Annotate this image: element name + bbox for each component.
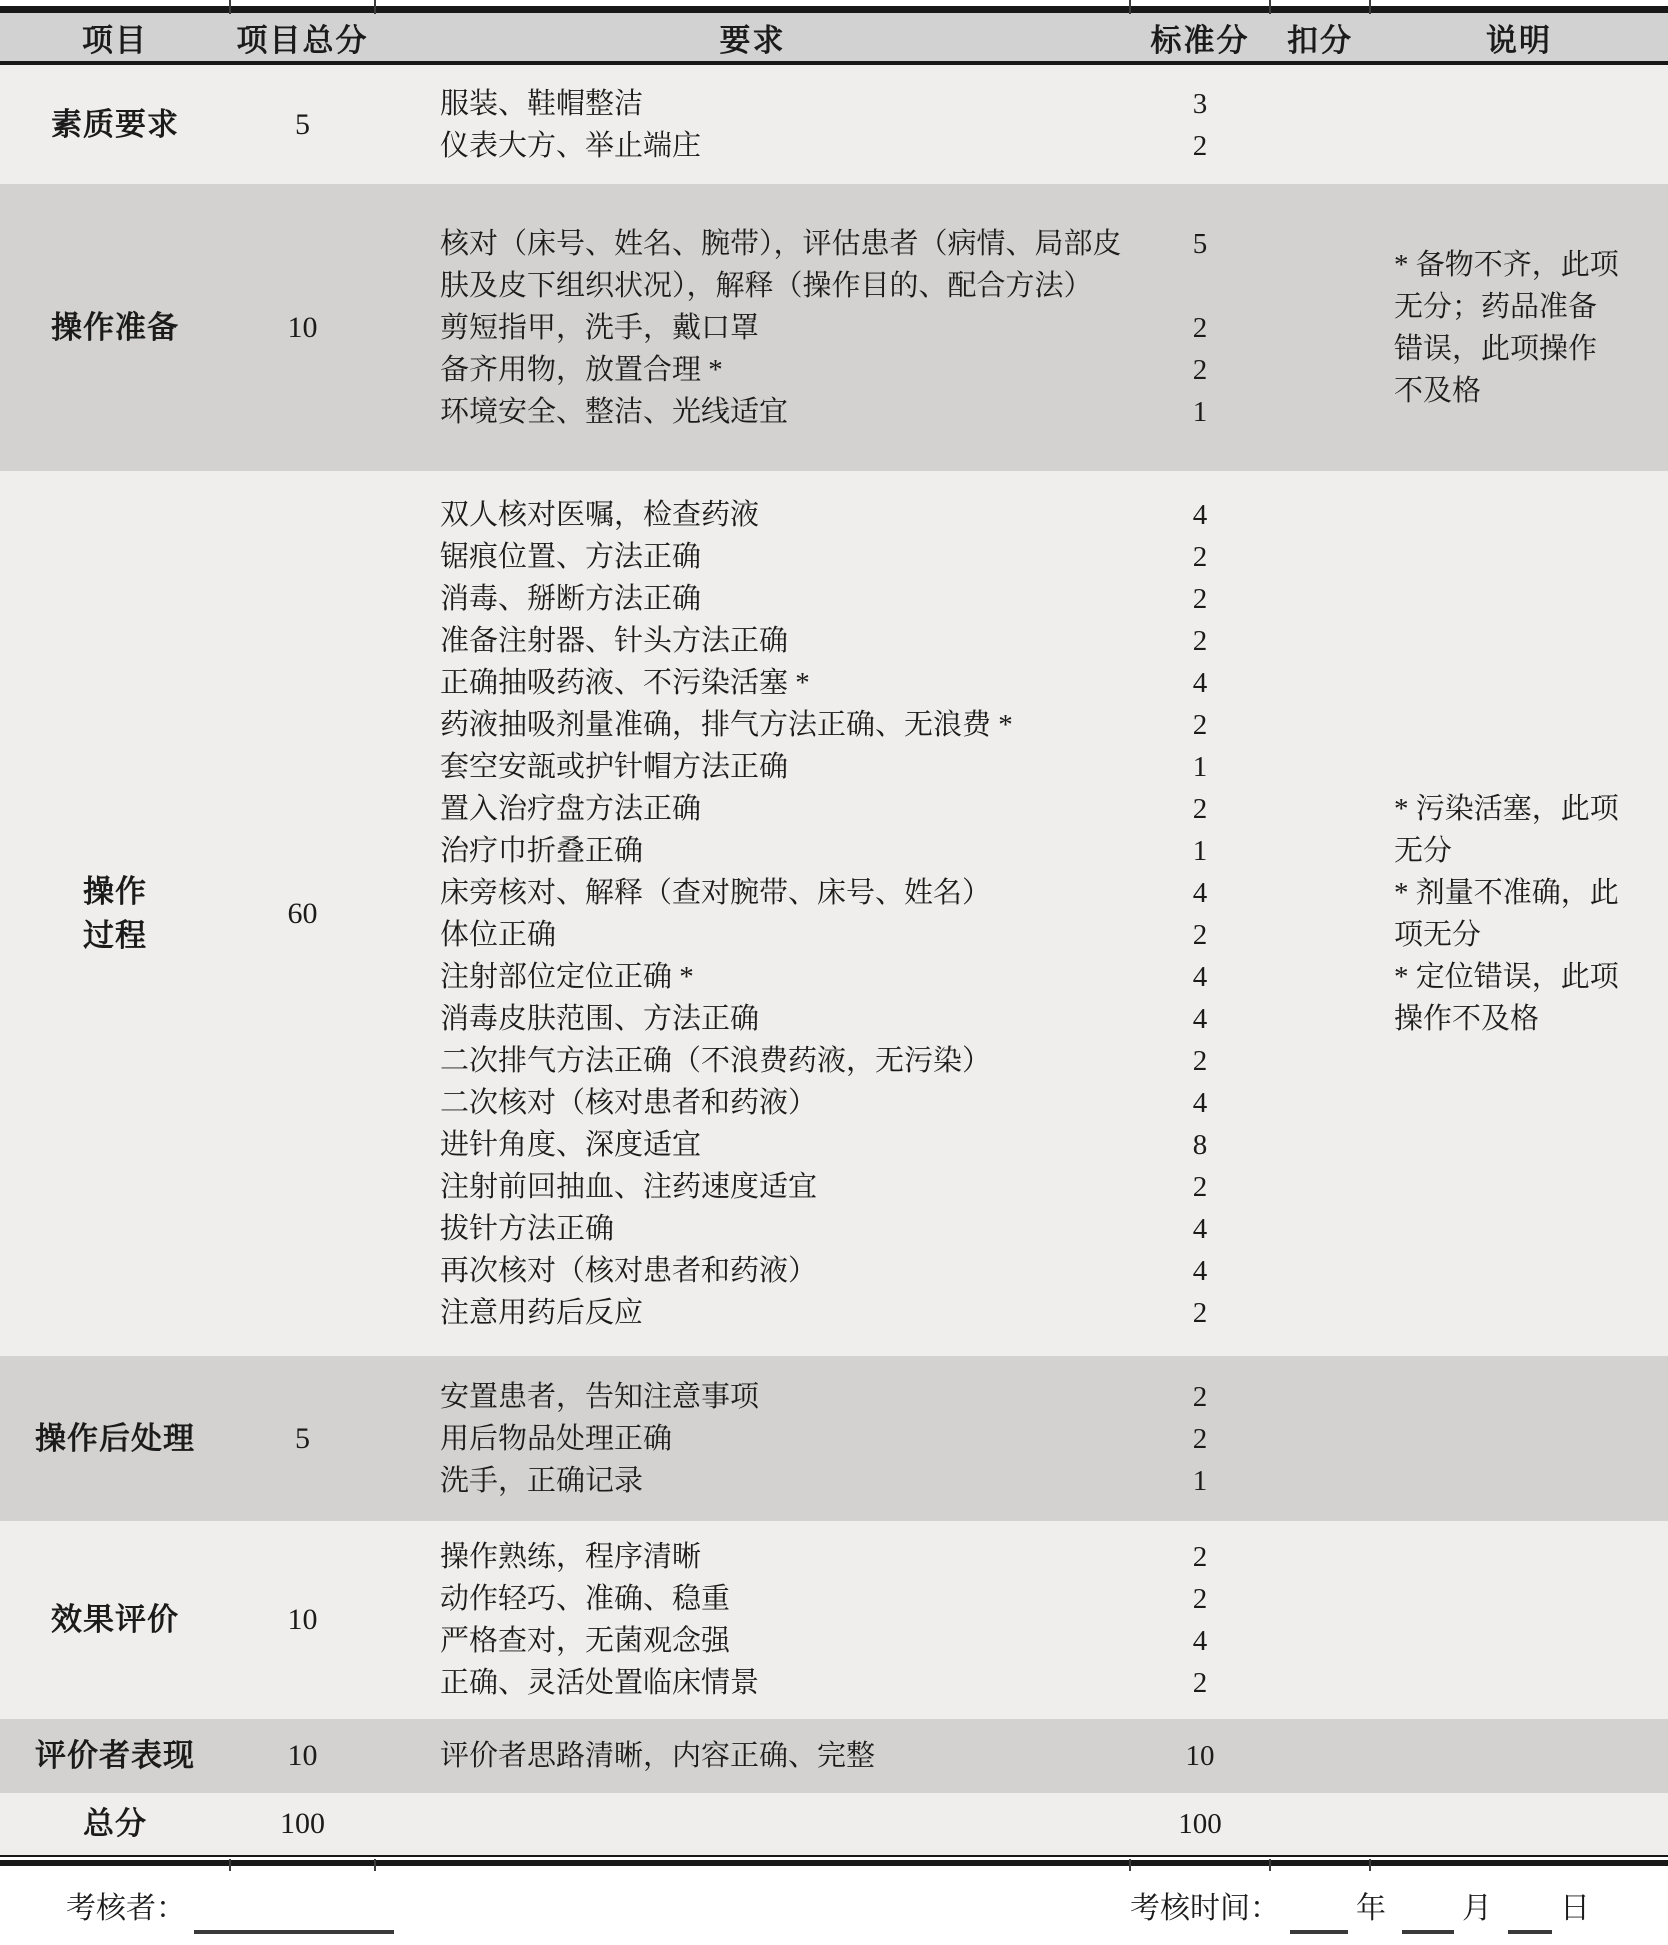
day-blank-line: [1508, 1904, 1552, 1934]
standard-score: 1: [1130, 830, 1270, 872]
requirement-row: 洗手，正确记录1: [375, 1460, 1370, 1502]
requirement-text: 置入治疗盘方法正确: [440, 788, 1130, 830]
standard-score: 4: [1130, 872, 1270, 914]
deduction-cell-empty: [1270, 788, 1370, 830]
table-header-row: 项目 项目总分 要求 标准分 扣分 说明: [0, 13, 1668, 65]
column-tick: [1269, 1859, 1271, 1871]
deduction-cell-empty: [1270, 1166, 1370, 1208]
requirement-text: [440, 1803, 1130, 1845]
deduction-cell-empty: [1270, 349, 1370, 391]
standard-score: 5: [1130, 223, 1270, 265]
column-header-item: 项目: [0, 15, 230, 60]
month-label: 月: [1462, 1883, 1492, 1927]
table-top-rule: [0, 6, 1668, 13]
section-total-score: 10: [230, 1521, 375, 1719]
requirement-row: 消毒皮肤范围、方法正确4: [375, 998, 1370, 1040]
deduction-cell-empty: [1270, 956, 1370, 998]
remarks-text: * 污染活塞，此项无分 * 剂量不准确，此项无分 * 定位错误，此项操作不及格: [1394, 788, 1620, 1040]
deduction-cell-empty: [1270, 1803, 1370, 1845]
deduction-cell-empty: [1270, 1418, 1370, 1460]
deduction-cell-empty: [1270, 391, 1370, 433]
requirement-text: 再次核对（核对患者和药液）: [440, 1250, 1130, 1292]
requirement-row: 核对（床号、姓名、腕带），评估患者（病情、局部皮肤及皮下组织状况），解释（操作目…: [375, 223, 1370, 307]
deduction-cell-empty: [1270, 1376, 1370, 1418]
requirement-text: 治疗巾折叠正确: [440, 830, 1130, 872]
requirements-column: 核对（床号、姓名、腕带），评估患者（病情、局部皮肤及皮下组织状况），解释（操作目…: [375, 184, 1370, 471]
requirement-row: 严格查对，无菌观念强4: [375, 1620, 1370, 1662]
standard-score: 4: [1130, 1082, 1270, 1124]
column-header-item-total: 项目总分: [230, 15, 375, 60]
requirement-row: 正确抽吸药液、不污染活塞 *4: [375, 662, 1370, 704]
section-row-4: 操作后处理5安置患者，告知注意事项2用后物品处理正确2洗手，正确记录1: [0, 1356, 1668, 1521]
requirement-row: 准备注射器、针头方法正确2: [375, 620, 1370, 662]
requirement-row: 置入治疗盘方法正确2: [375, 788, 1370, 830]
deduction-cell-empty: [1270, 998, 1370, 1040]
requirement-row: 服装、鞋帽整洁3: [375, 83, 1370, 125]
deduction-cell-empty: [1270, 1082, 1370, 1124]
requirement-text: 用后物品处理正确: [440, 1418, 1130, 1460]
month-blank-line: [1402, 1904, 1454, 1934]
standard-score: 4: [1130, 662, 1270, 704]
deduction-cell-empty: [1270, 1735, 1370, 1777]
standard-score: 2: [1130, 578, 1270, 620]
remarks-cell: [1370, 1521, 1668, 1719]
requirement-text: 准备注射器、针头方法正确: [440, 620, 1130, 662]
scored-assessment-sheet: 项目 项目总分 要求 标准分 扣分 说明 素质要求5服装、鞋帽整洁3仪表大方、举…: [0, 0, 1668, 1943]
section-row-7: 总分100100: [0, 1793, 1668, 1855]
requirement-row: 进针角度、深度适宜8: [375, 1124, 1370, 1166]
deduction-cell-empty: [1270, 1578, 1370, 1620]
year-blank-line: [1290, 1904, 1348, 1934]
deduction-cell-empty: [1270, 83, 1370, 125]
requirement-text: 二次核对（核对患者和药液）: [440, 1082, 1130, 1124]
requirement-row: 药液抽吸剂量准确，排气方法正确、无浪费 *2: [375, 704, 1370, 746]
standard-score: 10: [1130, 1735, 1270, 1777]
requirements-column: 安置患者，告知注意事项2用后物品处理正确2洗手，正确记录1: [375, 1356, 1370, 1521]
standard-score: 2: [1130, 307, 1270, 349]
deduction-cell-empty: [1270, 704, 1370, 746]
deduction-cell-empty: [1270, 1536, 1370, 1578]
requirement-row: 床旁核对、解释（查对腕带、床号、姓名）4: [375, 872, 1370, 914]
requirement-text: 注意用药后反应: [440, 1292, 1130, 1334]
column-tick: [374, 0, 376, 14]
requirement-text: 剪短指甲，洗手，戴口罩: [440, 307, 1130, 349]
section-item-label: 评价者表现: [0, 1719, 230, 1793]
standard-score: 2: [1130, 349, 1270, 391]
deduction-cell-empty: [1270, 830, 1370, 872]
requirement-row: 仪表大方、举止端庄2: [375, 125, 1370, 167]
requirement-row: 注射部位定位正确 *4: [375, 956, 1370, 998]
section-item-label: 操作后处理: [0, 1356, 230, 1521]
column-header-std-score: 标准分: [1130, 15, 1270, 60]
requirements-column: 操作熟练，程序清晰2动作轻巧、准确、稳重2严格查对，无菌观念强4正确、灵活处置临…: [375, 1521, 1370, 1719]
requirement-row: 动作轻巧、准确、稳重2: [375, 1578, 1370, 1620]
standard-score: 2: [1130, 1166, 1270, 1208]
remarks-cell: * 备物不齐，此项无分；药品准备错误，此项操作不及格: [1370, 184, 1668, 471]
requirement-text: 二次排气方法正确（不浪费药液，无污染）: [440, 1040, 1130, 1082]
deduction-cell-empty: [1270, 494, 1370, 536]
section-item-label: 效果评价: [0, 1521, 230, 1719]
section-row-3: 操作过程60双人核对医嘱，检查药液4锯痕位置、方法正确2消毒、掰断方法正确2准备…: [0, 471, 1668, 1356]
requirement-row: 安置患者，告知注意事项2: [375, 1376, 1370, 1418]
requirement-row: 体位正确2: [375, 914, 1370, 956]
table-bottom-rule: [0, 1855, 1668, 1866]
standard-score: 4: [1130, 1620, 1270, 1662]
column-tick: [229, 0, 231, 14]
remarks-cell: * 污染活塞，此项无分 * 剂量不准确，此项无分 * 定位错误，此项操作不及格: [1370, 471, 1668, 1356]
column-tick: [1269, 0, 1271, 14]
requirement-row: 二次排气方法正确（不浪费药液，无污染）2: [375, 1040, 1370, 1082]
column-tick: [1129, 0, 1131, 14]
requirement-text: 床旁核对、解释（查对腕带、床号、姓名）: [440, 872, 1130, 914]
requirement-text: 进针角度、深度适宜: [440, 1124, 1130, 1166]
requirement-text: 正确抽吸药液、不污染活塞 *: [440, 662, 1130, 704]
section-row-2: 操作准备10核对（床号、姓名、腕带），评估患者（病情、局部皮肤及皮下组织状况），…: [0, 184, 1668, 471]
deduction-cell-empty: [1270, 746, 1370, 788]
standard-score: 4: [1130, 956, 1270, 998]
requirement-text: 动作轻巧、准确、稳重: [440, 1578, 1130, 1620]
standard-score: 4: [1130, 1208, 1270, 1250]
column-tick: [229, 1859, 231, 1871]
requirement-row: 100: [375, 1803, 1370, 1845]
standard-score: 2: [1130, 125, 1270, 167]
requirement-text: 洗手，正确记录: [440, 1460, 1130, 1502]
section-item-label-line: 操作: [83, 870, 147, 914]
column-header-requirement: 要求: [375, 15, 1130, 60]
deduction-cell-empty: [1270, 1662, 1370, 1704]
requirement-text: 体位正确: [440, 914, 1130, 956]
requirement-text: 锯痕位置、方法正确: [440, 536, 1130, 578]
standard-score: 2: [1130, 704, 1270, 746]
section-total-score: 10: [230, 1719, 375, 1793]
assessor-group: 考核者：: [66, 1883, 394, 1927]
requirement-text: 环境安全、整洁、光线适宜: [440, 391, 1130, 433]
standard-score: 2: [1130, 1292, 1270, 1334]
standard-score: 8: [1130, 1124, 1270, 1166]
requirement-row: 双人核对医嘱，检查药液4: [375, 494, 1370, 536]
standard-score: 4: [1130, 998, 1270, 1040]
section-item-label: 总分: [0, 1793, 230, 1855]
section-item-label: 素质要求: [0, 65, 230, 184]
standard-score: 2: [1130, 620, 1270, 662]
section-total-score: 5: [230, 1356, 375, 1521]
requirement-text: 消毒、掰断方法正确: [440, 578, 1130, 620]
standard-score: 2: [1130, 1662, 1270, 1704]
remarks-cell: [1370, 1356, 1668, 1521]
standard-score: 2: [1130, 1578, 1270, 1620]
section-row-5: 效果评价10操作熟练，程序清晰2动作轻巧、准确、稳重2严格查对，无菌观念强4正确…: [0, 1521, 1668, 1719]
section-total-score: 10: [230, 184, 375, 471]
standard-score: 3: [1130, 83, 1270, 125]
deduction-cell-empty: [1270, 223, 1370, 265]
requirement-text: 药液抽吸剂量准确，排气方法正确、无浪费 *: [440, 704, 1130, 746]
requirement-row: 注射前回抽血、注药速度适宜2: [375, 1166, 1370, 1208]
requirement-row: 用后物品处理正确2: [375, 1418, 1370, 1460]
remarks-cell: [1370, 1719, 1668, 1793]
requirement-row: 环境安全、整洁、光线适宜1: [375, 391, 1370, 433]
requirement-text: 核对（床号、姓名、腕带），评估患者（病情、局部皮肤及皮下组织状况），解释（操作目…: [440, 223, 1130, 307]
requirement-text: 仪表大方、举止端庄: [440, 125, 1130, 167]
requirement-row: 拔针方法正确4: [375, 1208, 1370, 1250]
requirement-row: 消毒、掰断方法正确2: [375, 578, 1370, 620]
requirements-column: 服装、鞋帽整洁3仪表大方、举止端庄2: [375, 65, 1370, 184]
standard-score: 1: [1130, 1460, 1270, 1502]
requirement-text: 双人核对医嘱，检查药液: [440, 494, 1130, 536]
requirement-text: 评价者思路清晰，内容正确、完整: [440, 1735, 1130, 1777]
assessor-label: 考核者：: [66, 1883, 186, 1927]
standard-score: 100: [1130, 1803, 1270, 1845]
standard-score: 1: [1130, 746, 1270, 788]
requirements-column: 评价者思路清晰，内容正确、完整10: [375, 1719, 1370, 1793]
deduction-cell-empty: [1270, 1620, 1370, 1662]
section-row-6: 评价者表现10评价者思路清晰，内容正确、完整10: [0, 1719, 1668, 1793]
deduction-cell-empty: [1270, 536, 1370, 578]
requirement-text: 服装、鞋帽整洁: [440, 83, 1130, 125]
requirement-row: 注意用药后反应2: [375, 1292, 1370, 1334]
column-header-remarks: 说明: [1370, 15, 1668, 60]
section-item-label: 操作过程: [0, 471, 230, 1356]
standard-score: 2: [1130, 1040, 1270, 1082]
day-label: 日: [1560, 1883, 1590, 1927]
deduction-cell-empty: [1270, 1124, 1370, 1166]
deduction-cell-empty: [1270, 307, 1370, 349]
standard-score: 2: [1130, 1376, 1270, 1418]
section-item-label: 操作准备: [0, 184, 230, 471]
section-total-score: 60: [230, 471, 375, 1356]
standard-score: 2: [1130, 1536, 1270, 1578]
section-item-label-line: 过程: [83, 914, 147, 958]
requirement-row: 剪短指甲，洗手，戴口罩2: [375, 307, 1370, 349]
deduction-cell-empty: [1270, 578, 1370, 620]
requirement-text: 操作熟练，程序清晰: [440, 1536, 1130, 1578]
standard-score: 4: [1130, 494, 1270, 536]
deduction-cell-empty: [1270, 1292, 1370, 1334]
requirement-row: 套空安瓿或护针帽方法正确1: [375, 746, 1370, 788]
requirements-column: 双人核对医嘱，检查药液4锯痕位置、方法正确2消毒、掰断方法正确2准备注射器、针头…: [375, 471, 1370, 1356]
deduction-cell-empty: [1270, 1250, 1370, 1292]
assessor-blank-line: [194, 1904, 394, 1934]
remarks-cell: [1370, 1793, 1668, 1855]
requirement-text: 消毒皮肤范围、方法正确: [440, 998, 1130, 1040]
deduction-cell-empty: [1270, 1208, 1370, 1250]
standard-score: 2: [1130, 1418, 1270, 1460]
deduction-cell-empty: [1270, 620, 1370, 662]
deduction-cell-empty: [1270, 662, 1370, 704]
requirement-row: 评价者思路清晰，内容正确、完整10: [375, 1735, 1370, 1777]
deduction-cell-empty: [1270, 1040, 1370, 1082]
deduction-cell-empty: [1270, 872, 1370, 914]
requirements-column: 100: [375, 1793, 1370, 1855]
column-header-deduction: 扣分: [1270, 15, 1370, 60]
requirement-row: 二次核对（核对患者和药液）4: [375, 1082, 1370, 1124]
standard-score: 1: [1130, 391, 1270, 433]
deduction-cell-empty: [1270, 914, 1370, 956]
requirement-row: 备齐用物，放置合理 *2: [375, 349, 1370, 391]
column-tick: [1369, 0, 1371, 14]
requirement-text: 注射部位定位正确 *: [440, 956, 1130, 998]
table-body: 素质要求5服装、鞋帽整洁3仪表大方、举止端庄2操作准备10核对（床号、姓名、腕带…: [0, 65, 1668, 1855]
signature-footer: 考核者： 考核时间： 年 月 日: [0, 1866, 1668, 1943]
requirement-text: 正确、灵活处置临床情景: [440, 1662, 1130, 1704]
column-tick: [1369, 1859, 1371, 1871]
standard-score: 2: [1130, 914, 1270, 956]
standard-score: 4: [1130, 1250, 1270, 1292]
section-total-score: 5: [230, 65, 375, 184]
section-row-1: 素质要求5服装、鞋帽整洁3仪表大方、举止端庄2: [0, 65, 1668, 184]
assessment-time-label: 考核时间：: [1130, 1883, 1280, 1927]
remarks-text: * 备物不齐，此项无分；药品准备错误，此项操作不及格: [1394, 244, 1620, 412]
remarks-cell: [1370, 65, 1668, 184]
requirement-text: 严格查对，无菌观念强: [440, 1620, 1130, 1662]
column-tick: [1129, 1859, 1131, 1871]
column-tick: [374, 1859, 376, 1871]
requirement-row: 操作熟练，程序清晰2: [375, 1536, 1370, 1578]
requirement-row: 治疗巾折叠正确1: [375, 830, 1370, 872]
assessment-time-group: 考核时间： 年 月 日: [1130, 1883, 1590, 1927]
deduction-cell-empty: [1270, 125, 1370, 167]
requirement-text: 注射前回抽血、注药速度适宜: [440, 1166, 1130, 1208]
requirement-row: 正确、灵活处置临床情景2: [375, 1662, 1370, 1704]
requirement-text: 备齐用物，放置合理 *: [440, 349, 1130, 391]
requirement-text: 套空安瓿或护针帽方法正确: [440, 746, 1130, 788]
section-total-score: 100: [230, 1793, 375, 1855]
standard-score: 2: [1130, 536, 1270, 578]
requirement-text: 拔针方法正确: [440, 1208, 1130, 1250]
deduction-cell-empty: [1270, 1460, 1370, 1502]
year-label: 年: [1356, 1883, 1386, 1927]
requirement-row: 锯痕位置、方法正确2: [375, 536, 1370, 578]
standard-score: 2: [1130, 788, 1270, 830]
requirement-row: 再次核对（核对患者和药液）4: [375, 1250, 1370, 1292]
section-item-label-lines: 操作过程: [83, 870, 147, 958]
requirement-text: 安置患者，告知注意事项: [440, 1376, 1130, 1418]
